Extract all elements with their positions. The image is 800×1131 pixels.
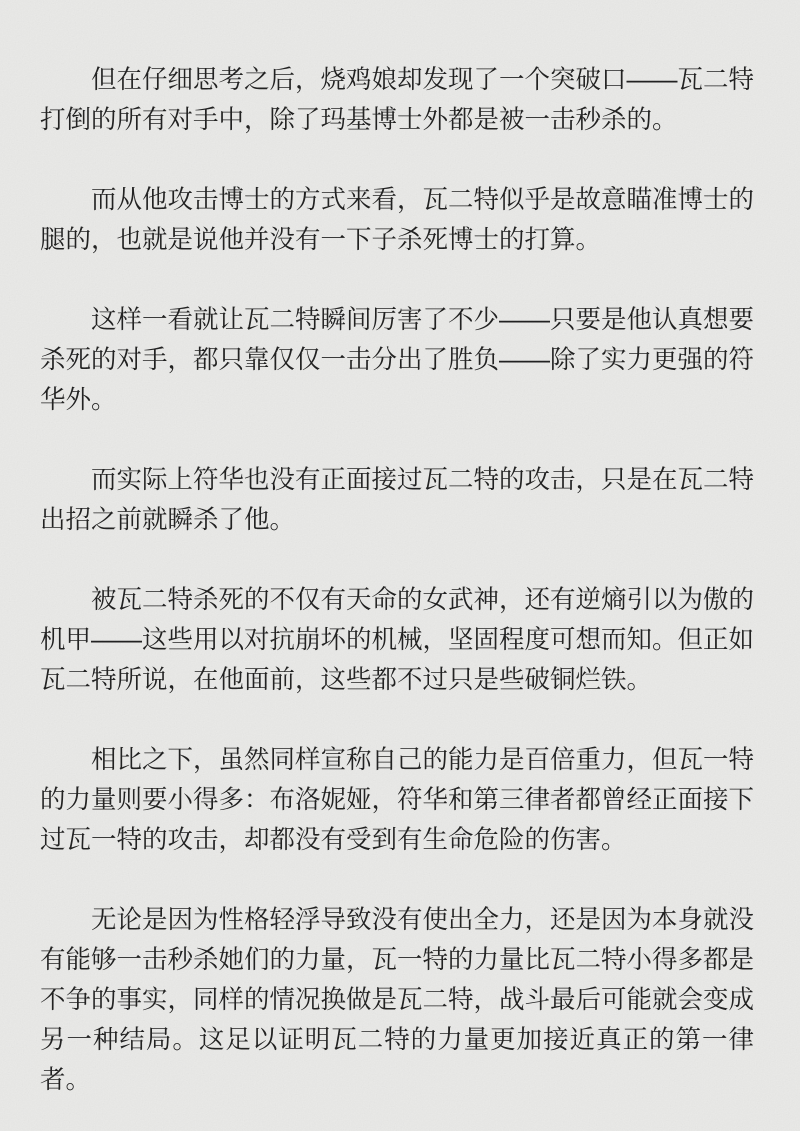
paragraph-1: 但在仔细思考之后，烧鸡娘却发现了一个突破口——瓦二特打倒的所有对手中，除了玛基博… xyxy=(40,60,754,140)
reader-page-surface[interactable]: 但在仔细思考之后，烧鸡娘却发现了一个突破口——瓦二特打倒的所有对手中，除了玛基博… xyxy=(0,0,800,1131)
paragraph-3: 这样一看就让瓦二特瞬间厉害了不少——只要是他认真想要杀死的对手，都只靠仅仅一击分… xyxy=(40,300,754,420)
paragraph-6: 相比之下，虽然同样宣称自己的能力是百倍重力，但瓦一特的力量则要小得多：布洛妮娅，… xyxy=(40,740,754,860)
paragraph-5: 被瓦二特杀死的不仅有天命的女武神，还有逆熵引以为傲的机甲——这些用以对抗崩坏的机… xyxy=(40,580,754,700)
paragraph-2: 而从他攻击博士的方式来看，瓦二特似乎是故意瞄准博士的腿的，也就是说他并没有一下子… xyxy=(40,180,754,260)
body-text: 但在仔细思考之后，烧鸡娘却发现了一个突破口——瓦二特打倒的所有对手中，除了玛基博… xyxy=(40,60,754,1100)
paragraph-4: 而实际上符华也没有正面接过瓦二特的攻击，只是在瓦二特出招之前就瞬杀了他。 xyxy=(40,460,754,540)
paragraph-7: 无论是因为性格轻浮导致没有使出全力，还是因为本身就没有能够一击秒杀她们的力量，瓦… xyxy=(40,900,754,1100)
